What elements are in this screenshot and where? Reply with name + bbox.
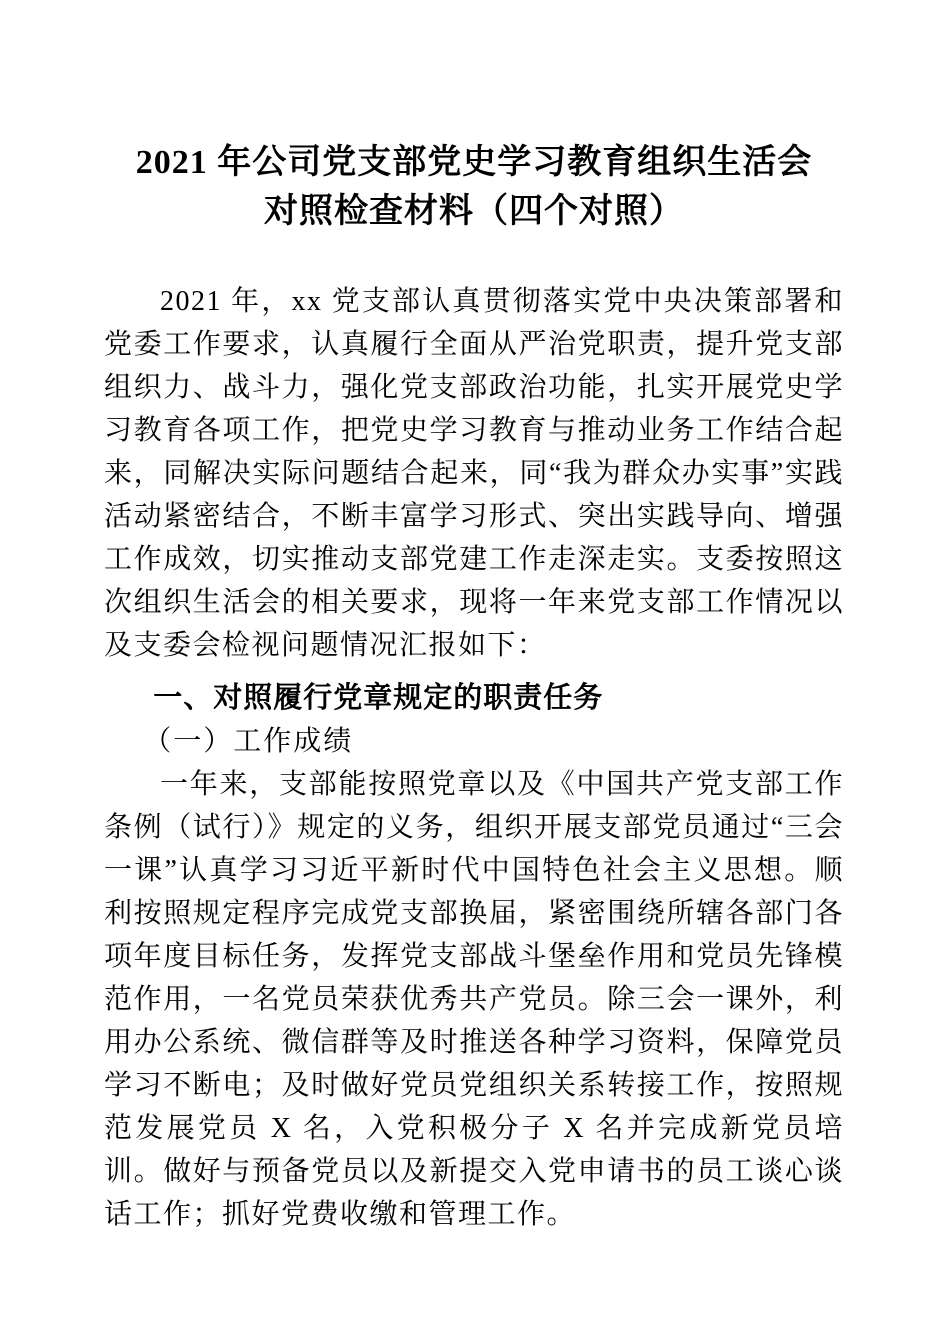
section-1-heading: 一、对照履行党章规定的职责任务 [104,677,844,720]
document-title-line-2: 对照检查材料（四个对照） [104,187,844,236]
document-title: 2021 年公司党支部党史学习教育组织生活会 对照检查材料（四个对照） [104,138,844,236]
section-1-body-paragraph: 一年来，支部能按照党章以及《中国共产党支部工作条例（试行）》规定的义务，组织开展… [104,763,844,1236]
document-title-line-1: 2021 年公司党支部党史学习教育组织生活会 [104,138,844,187]
document-page: 2021 年公司党支部党史学习教育组织生活会 对照检查材料（四个对照） 2021… [0,0,950,1344]
section-1-subheading: （一）工作成绩 [104,720,844,763]
intro-paragraph: 2021 年，xx 党支部认真贯彻落实党中央决策部署和党委工作要求，认真履行全面… [104,280,844,667]
